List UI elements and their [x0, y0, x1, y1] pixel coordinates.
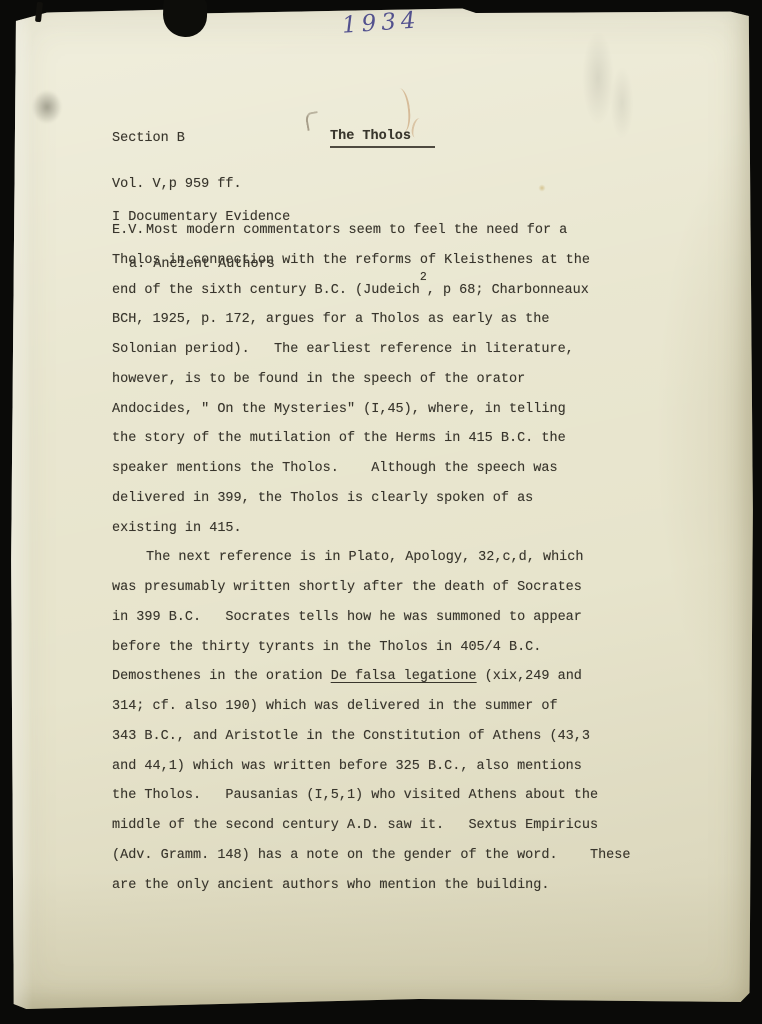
header-line-section: Section B [112, 131, 242, 146]
footnote-superscript: 2 [420, 271, 427, 284]
document-title: The Tholos [330, 128, 435, 148]
text-line: middle of the second century A.D. saw it… [112, 811, 630, 841]
text-line: end of the sixth century B.C. (Judeich2,… [112, 276, 630, 306]
text-line: BCH, 1925, p. 172, argues for a Tholos a… [112, 305, 630, 335]
handwritten-year: 1934 [341, 7, 421, 38]
text-segment: Demosthenes in the oration [112, 669, 331, 684]
text-line: the story of the mutilation of the Herms… [112, 424, 630, 454]
text-line: before the thirty tyrants in the Tholos … [112, 633, 630, 663]
text-line: 314; cf. also 190) which was delivered i… [112, 692, 630, 722]
text-line: are the only ancient authors who mention… [112, 871, 630, 901]
text-line: Tholos in connection with the reforms of… [112, 246, 630, 276]
text-line: was presumably written shortly after the… [112, 573, 630, 603]
body-text: Most modern commentators seem to feel th… [112, 216, 630, 900]
text-segment: , p 68; Charbonneaux [427, 283, 589, 298]
text-line: Most modern commentators seem to feel th… [112, 216, 630, 246]
text-line: Solonian period). The earliest reference… [112, 335, 630, 365]
text-segment: end of the sixth century B.C. (Judeich [112, 283, 420, 298]
text-line: in 399 B.C. Socrates tells how he was su… [112, 603, 630, 633]
text-line: speaker mentions the Tholos. Although th… [112, 454, 630, 484]
text-line: 343 B.C., and Aristotle in the Constitut… [112, 722, 630, 752]
underlined-phrase: De falsa legatione [331, 669, 477, 684]
text-line: The next reference is in Plato, Apology,… [112, 543, 630, 573]
text-line: delivered in 399, the Tholos is clearly … [112, 484, 630, 514]
text-line: (Adv. Gramm. 148) has a note on the gend… [112, 841, 630, 871]
text-line: however, is to be found in the speech of… [112, 365, 630, 395]
text-line: the Tholos. Pausanias (I,5,1) who visite… [112, 781, 630, 811]
paper-smudge [32, 90, 62, 124]
text-line: Andocides, " On the Mysteries" (I,45), w… [112, 395, 630, 425]
text-segment: (xix,249 and [477, 669, 582, 684]
text-line: Demosthenes in the oration De falsa lega… [112, 662, 630, 692]
text-line: existing in 415. [112, 514, 630, 544]
scan-background: 1934 Section B Vol. V,p 959 ff. E.V. The… [0, 0, 762, 1024]
text-line: and 44,1) which was written before 325 B… [112, 752, 630, 782]
